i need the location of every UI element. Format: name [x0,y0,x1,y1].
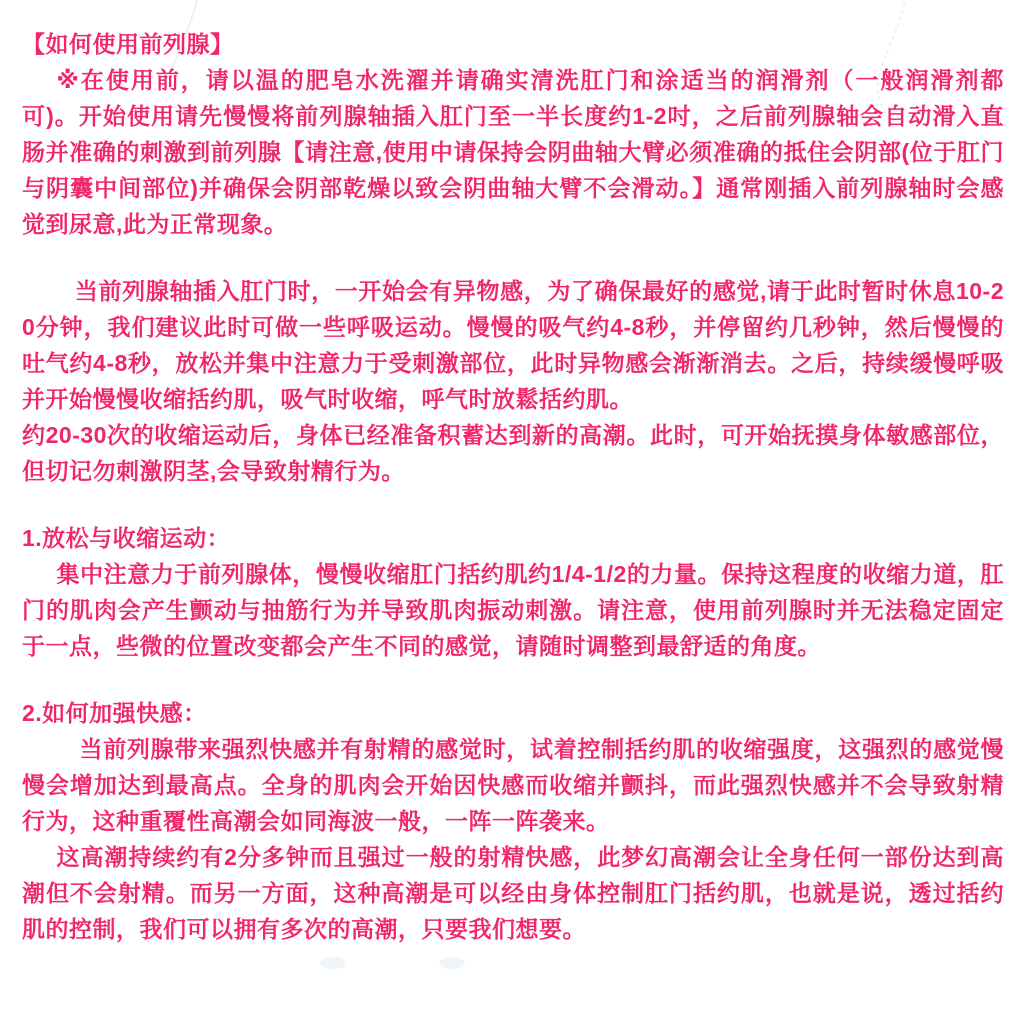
section2-heading: 2.如何加强快感： [22,695,1004,731]
section-1: 1.放松与收缩运动： 集中注意力于前列腺体，慢慢收缩肛门括约肌约1/4-1/2的… [22,520,1004,664]
section1-body: 集中注意力于前列腺体，慢慢收缩肛门括约肌约1/4-1/2的力量。保持这程度的收缩… [22,556,1004,664]
section2-body-1: 当前列腺带来强烈快感并有射精的感觉时，试着控制括约肌的收缩强度，这强烈的感觉慢慢… [22,731,1004,839]
breathing-block: 当前列腺轴插入肛门时，一开始会有异物感，为了确保最好的感觉,请于此时暂时休息10… [22,273,1004,489]
section-2: 2.如何加强快感： 当前列腺带来强烈快感并有射精的感觉时，试着控制括约肌的收缩强… [22,695,1004,947]
instruction-text: 【如何使用前列腺】 ※在使用前，请以温的肥皂水洗濯并请确实清洗肛门和涂适当的润滑… [0,0,1024,947]
decor-smudge-right [439,957,465,969]
product-instruction-page: 【如何使用前列腺】 ※在使用前，请以温的肥皂水洗濯并请确实清洗肛门和涂适当的润滑… [0,0,1024,1013]
section1-heading: 1.放松与收缩运动： [22,520,1004,556]
contraction-paragraph: 约20-30次的收缩运动后，身体已经准备积蓄达到新的高潮。此时，可开始抚摸身体敏… [22,417,1004,489]
breathing-paragraph: 当前列腺轴插入肛门时，一开始会有异物感，为了确保最好的感觉,请于此时暂时休息10… [22,273,1004,417]
decor-smudge-left [320,957,346,969]
page-title: 【如何使用前列腺】 [22,26,1004,62]
section2-body-2: 这高潮持续约有2分多钟而且强过一般的射精快感，此梦幻高潮会让全身任何一部份达到高… [22,839,1004,947]
preparation-paragraph: ※在使用前，请以温的肥皂水洗濯并请确实清洗肛门和涂适当的润滑剂（一般润滑剂都可)… [22,62,1004,242]
